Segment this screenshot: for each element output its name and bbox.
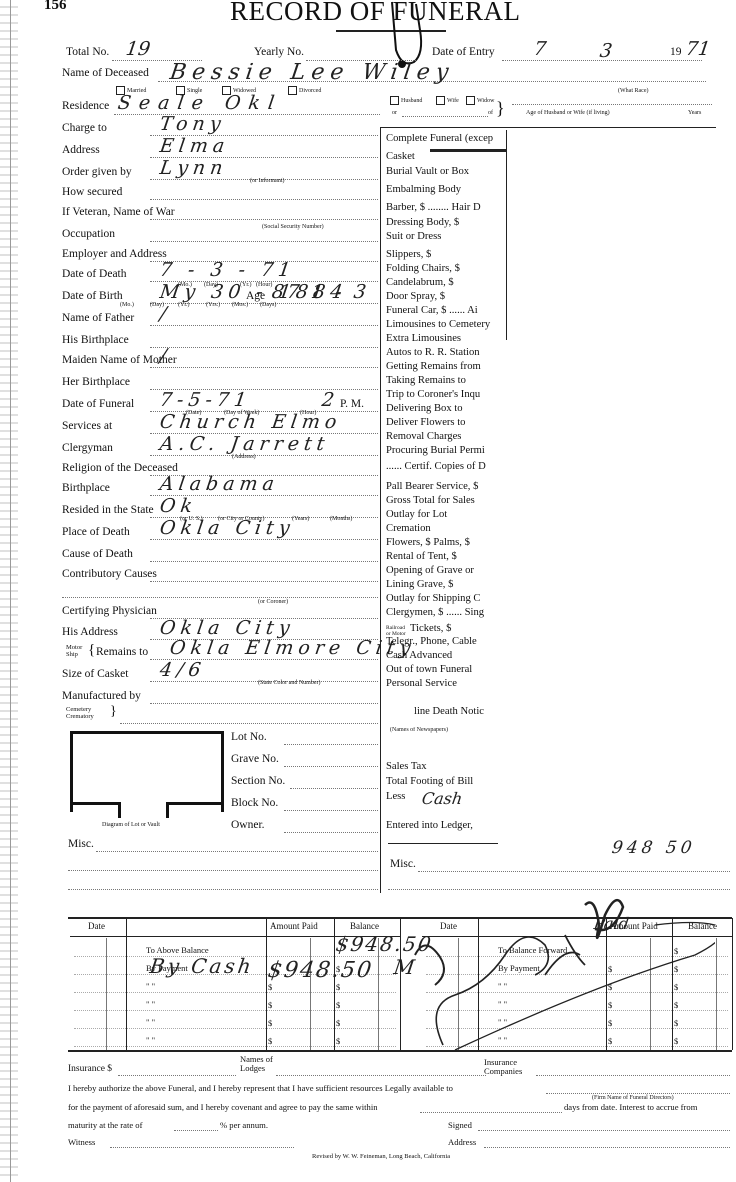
ledger-subcol [716, 938, 717, 1050]
ledger-row-line [74, 992, 396, 993]
less-value[interactable]: Cash [421, 789, 464, 808]
charge-item: Cash Advanced [386, 650, 508, 661]
charge-item: line Death Notic [414, 706, 536, 717]
address-label: Address [448, 1137, 476, 1147]
years-label: Years [688, 110, 701, 116]
charge-item: Total Footing of Bill [386, 776, 508, 787]
total-no-label: Total No. [66, 46, 109, 58]
lot-field-label: Grave No. [231, 753, 279, 765]
funeral-hour-value[interactable]: 2 [320, 389, 335, 411]
or-line [402, 116, 488, 117]
field-label: Order given by [62, 166, 132, 178]
charge-item: Gross Total for Sales [386, 495, 508, 506]
authorization-line-1: I hereby authorize the above Funeral, an… [68, 1083, 453, 1093]
residence-label: Residence [62, 100, 109, 112]
lot-diagram-base-right [168, 802, 221, 805]
checkbox-widow[interactable] [466, 96, 475, 105]
contributory-line-2[interactable] [62, 597, 378, 598]
revised-by-credit: Revised by W. W. Feineman, Long Beach, C… [312, 1153, 450, 1160]
charge-item: Funeral Car, $ ...... Ai [386, 305, 508, 316]
field-label: His Address [62, 626, 118, 638]
field-label: Birthplace [62, 482, 110, 494]
field-subnote: (Months) [330, 516, 352, 522]
date-of-entry-year[interactable]: 71 [684, 38, 711, 60]
lot-diagram-leg-left [118, 802, 121, 818]
field-line[interactable] [150, 219, 378, 220]
ledger-row-line [74, 1028, 396, 1029]
field-note: (Address) [232, 454, 256, 460]
residence-value[interactable]: Seale Okl [116, 92, 283, 114]
lot-field-line[interactable] [284, 832, 378, 833]
field-subnote: (Mo.) [120, 302, 134, 308]
of-label: of [488, 110, 493, 116]
ledger-row-desc: " " [146, 981, 155, 991]
age-spouse-label: Age of Husband or Wife (if living) [526, 110, 610, 116]
lodges-line [276, 1075, 486, 1076]
charge-item: Suit or Dress [386, 231, 508, 242]
charge-item: Rental of Tent, $ [386, 551, 508, 562]
spouse-husband[interactable]: Husband [390, 96, 422, 105]
checkbox-husband[interactable] [390, 96, 399, 105]
yearly-no-label: Yearly No. [254, 46, 304, 58]
ledger-right-date-mark: M [392, 955, 416, 979]
field-value[interactable]: / [158, 303, 172, 325]
ledger-row-desc: " " [146, 1017, 155, 1027]
charge-item: Removal Charges [386, 431, 508, 442]
percent-label: % per annum. [220, 1120, 268, 1130]
ledger-row-balance[interactable]: $ [336, 1018, 340, 1028]
authorization-line-2b: days from date. Interest to accrue from [564, 1102, 697, 1112]
field-label: Name of Father [62, 312, 134, 324]
name-of-deceased-value[interactable]: Bessie Lee Wiley [168, 60, 456, 85]
tickets-prefix: Railroador Motor [386, 625, 406, 637]
age-label: Age [246, 290, 265, 302]
ledger-row-amount[interactable]: $ [268, 1018, 272, 1028]
lot-diagram-base-left [70, 802, 118, 805]
charge-item: Telegr., Phone, Cable [386, 636, 508, 647]
field-subnote: (Days) [260, 302, 276, 308]
ledger-entry-underline [388, 843, 498, 844]
charge-item: Embalming Body [386, 184, 508, 195]
charge-item: (Names of Newspapers) [390, 727, 512, 733]
date-of-entry-label: Date of Entry [432, 46, 495, 58]
lot-field-line[interactable] [284, 744, 378, 745]
marital-divorced[interactable]: Divorced [288, 86, 321, 95]
lot-field-line[interactable] [284, 810, 378, 811]
ledger-row-balance[interactable]: $ [336, 982, 340, 992]
signed-line[interactable] [478, 1130, 730, 1131]
field-label: Her Birthplace [62, 376, 130, 388]
field-line[interactable] [150, 325, 378, 326]
charge-item: Procuring Burial Permi [386, 445, 508, 456]
ledger-row-balance[interactable]: $ [336, 1000, 340, 1010]
field-line[interactable] [150, 455, 378, 456]
charge-item: Lining Grave, $ [386, 579, 508, 590]
field-value[interactable]: Alabama [158, 473, 280, 495]
charge-item: Taking Remains to [386, 375, 508, 386]
charge-item: Tickets, $ [410, 623, 532, 634]
lot-diagram-caption: Diagram of Lot or Vault [102, 822, 160, 828]
field-label: Remains to [96, 646, 148, 658]
ledger-row-line [74, 1010, 396, 1011]
firm-name-line [546, 1093, 730, 1094]
field-line[interactable] [150, 703, 378, 704]
checkbox-divorced[interactable] [288, 86, 297, 95]
field-label: How secured [62, 186, 122, 198]
witness-line[interactable] [110, 1147, 294, 1148]
field-label: If Veteran, Name of War [62, 206, 175, 218]
misc-right-value[interactable]: 948 50 [611, 838, 697, 858]
charge-item: Slippers, $ [386, 249, 508, 260]
what-race-label: (What Race) [618, 88, 648, 94]
charge-item: Barber, $ ........ Hair D [386, 202, 508, 213]
race-line [512, 104, 712, 105]
ledger-left-header-amount: Amount Paid [270, 921, 318, 931]
charge-item: Deliver Flowers to [386, 417, 508, 428]
charge-item: Cremation [386, 523, 508, 534]
ledger-row-balance[interactable]: $ [336, 1036, 340, 1046]
field-label: Services at [62, 420, 112, 432]
rate-line [174, 1130, 218, 1131]
ledger-subcol [310, 938, 311, 1050]
date-of-entry-month[interactable]: 7 [532, 38, 547, 60]
charge-item: Out of town Funeral [386, 664, 508, 675]
page-title: RECORD OF FUNERAL [230, 0, 521, 27]
checkbox-wife[interactable] [436, 96, 445, 105]
charge-item: Candelabrum, $ [386, 277, 508, 288]
field-line[interactable] [150, 347, 378, 348]
charge-item: Complete Funeral (excep [386, 133, 508, 144]
field-label: Clergyman [62, 442, 113, 454]
field-label: Certifying Physician [62, 605, 157, 617]
field-value[interactable]: Lynn [158, 157, 229, 179]
date-of-entry-year-prefix: 19 [670, 46, 682, 58]
total-no-value[interactable]: 19 [124, 38, 151, 60]
age-value[interactable]: 87 1 - 3 [270, 281, 370, 303]
ledger-left-amount-paid[interactable]: $948.50 [266, 958, 374, 983]
spouse-wife[interactable]: Wife [436, 96, 459, 105]
field-label: Place of Death [62, 526, 130, 538]
charge-item: Sales Tax [386, 761, 508, 772]
field-label: Contributory Causes [62, 568, 157, 580]
lot-field-label: Block No. [231, 797, 278, 809]
lot-field-label: Section No. [231, 775, 285, 787]
charge-item: Folding Chairs, $ [386, 263, 508, 274]
field-label: Resided in the State [62, 504, 154, 516]
field-label: Date of Funeral [62, 398, 134, 410]
charge-item: Extra Limousines [386, 333, 508, 344]
ledger-left-header-balance: Balance [350, 921, 379, 931]
field-line[interactable] [150, 581, 378, 582]
charge-item: Delivering Box to [386, 403, 508, 414]
field-label: Size of Casket [62, 668, 128, 680]
lot-field-line[interactable] [284, 766, 378, 767]
pm-label: P. M. [340, 398, 364, 410]
charge-item: ...... Certif. Copies of D [386, 461, 508, 472]
field-label: Address [62, 144, 100, 156]
charge-item: Pall Bearer Service, $ [386, 481, 508, 492]
field-subnote: (Yrs.) [206, 302, 220, 308]
field-label: Date of Death [62, 268, 127, 280]
misc-line-2 [68, 870, 378, 871]
field-line[interactable] [150, 539, 378, 540]
witness-label: Witness [68, 1137, 95, 1147]
field-value[interactable]: 7-5-71 [158, 389, 252, 411]
field-value[interactable]: Ok [158, 495, 198, 517]
lot-field-label: Owner. [231, 819, 265, 831]
field-value[interactable]: Elma [158, 135, 230, 157]
ledger-col-divider [266, 918, 267, 1050]
ledger-row-desc: " " [146, 999, 155, 1009]
charge-item: Personal Service [386, 678, 508, 689]
misc-right-label: Misc. [390, 858, 416, 870]
field-label: Charge to [62, 122, 107, 134]
field-value[interactable]: 7 - 3 - 71 [158, 259, 296, 281]
name-of-deceased-label: Name of Deceased [62, 67, 149, 79]
charge-item: Burial Vault or Box [386, 166, 508, 177]
lot-field-label: Lot No. [231, 731, 267, 743]
field-label: Employer and Address [62, 248, 167, 260]
ledger-left-header-date: Date [88, 921, 105, 931]
days-line [420, 1112, 562, 1113]
authorization-line-3: maturity at the rate of [68, 1120, 142, 1130]
field-line[interactable] [150, 367, 378, 368]
firm-name-note: (Firm Name of Funeral Directors) [592, 1095, 674, 1101]
field-value[interactable]: 4/6 [158, 659, 207, 681]
misc-line-1 [96, 851, 378, 852]
ledger-left-payment-desc[interactable]: By Cash [148, 954, 255, 978]
insurance-label: Insurance $ [68, 1064, 112, 1074]
field-value[interactable]: A.C. Jarrett [158, 433, 330, 455]
field-value[interactable]: Okla City [158, 517, 296, 539]
insurance-line [118, 1075, 236, 1076]
field-label: Manufactured by [62, 690, 141, 702]
charge-item: Getting Remains from [386, 361, 508, 372]
field-note: (Social Security Number) [262, 224, 324, 230]
charge-item: Dressing Body, $ [386, 217, 508, 228]
address-line[interactable] [484, 1147, 730, 1148]
insurance-companies-line [536, 1075, 730, 1076]
lot-diagram [70, 731, 224, 812]
brace: } [110, 704, 117, 720]
remains-prefix: MotorShip [66, 644, 82, 658]
field-label: Cause of Death [62, 548, 133, 560]
field-subnote: (Yr.) [178, 302, 190, 308]
ledger-row-amount[interactable]: $ [268, 982, 272, 992]
field-note: (State Color and Number) [258, 680, 320, 686]
spouse-widow[interactable]: Widow [466, 96, 494, 105]
misc-line-3 [68, 889, 378, 890]
field-line[interactable] [120, 723, 378, 724]
field-line[interactable] [150, 561, 378, 562]
charge-item: Clergymen, $ ...... Sing [386, 607, 508, 618]
field-label: His Birthplace [62, 334, 129, 346]
ledger-col-divider [732, 918, 733, 1050]
field-note: (or Informant) [250, 178, 285, 184]
paid-signature-scribble [395, 895, 715, 1055]
misc-right-line-2 [388, 889, 730, 890]
charge-item: Casket [386, 151, 508, 162]
charge-item: Outlay for Shipping C [386, 593, 508, 604]
charge-item: Entered into Ledger, [386, 820, 508, 831]
field-label: Occupation [62, 228, 115, 240]
insurance-companies-label: InsuranceCompanies [484, 1058, 522, 1076]
misc-right-line-1 [418, 871, 730, 872]
charge-item: Opening of Grave or [386, 565, 508, 576]
lot-diagram-leg-right [166, 802, 169, 818]
ledger-row-line [74, 1046, 396, 1047]
charge-item: Outlay for Lot [386, 509, 508, 520]
brace: } [496, 98, 505, 119]
ledger-subcol [106, 938, 107, 1050]
charge-item: Door Spray, $ [386, 291, 508, 302]
field-line[interactable] [150, 241, 378, 242]
date-of-entry-day[interactable]: 3 [598, 40, 613, 62]
scan-edge [0, 0, 18, 1182]
charge-item: Limousines to Cemetery [386, 319, 508, 330]
lot-field-line[interactable] [290, 788, 378, 789]
field-value[interactable]: Okla City [158, 617, 296, 639]
page-number: 156 [44, 0, 67, 14]
misc-left-label: Misc. [68, 838, 94, 850]
scan-edge-line [10, 0, 11, 1182]
ledger-col-divider [334, 918, 335, 1050]
field-label: Date of Birth [62, 290, 123, 302]
lodges-label: Names ofLodges [240, 1055, 273, 1073]
charge-item: Autos to R. R. Station [386, 347, 508, 358]
ledger-row-amount[interactable]: $ [268, 1000, 272, 1010]
field-subnote: (Mos.) [232, 302, 248, 308]
field-line[interactable] [150, 199, 378, 200]
ledger-col-divider [126, 918, 127, 1050]
field-value[interactable]: Tony [158, 113, 227, 135]
field-note: (or Coroner) [258, 599, 288, 605]
field-value[interactable]: Church Elmo [158, 411, 343, 433]
brace: { [88, 642, 95, 659]
residence-line [114, 114, 380, 115]
authorization-line-2a: for the payment of aforesaid sum, and I … [68, 1102, 378, 1112]
or-label: or [392, 110, 397, 116]
signed-label: Signed [448, 1120, 472, 1130]
cemetery-crematory-label: CemeteryCrematory [66, 706, 94, 720]
ledger-row-amount[interactable]: $ [268, 1036, 272, 1046]
charge-item: Trip to Coroner's Inqu [386, 389, 508, 400]
ledger-row-desc: " " [146, 1035, 155, 1045]
header-divider [380, 127, 716, 128]
column-divider [380, 128, 381, 893]
charge-item: Flowers, $ Palms, $ [386, 537, 508, 548]
